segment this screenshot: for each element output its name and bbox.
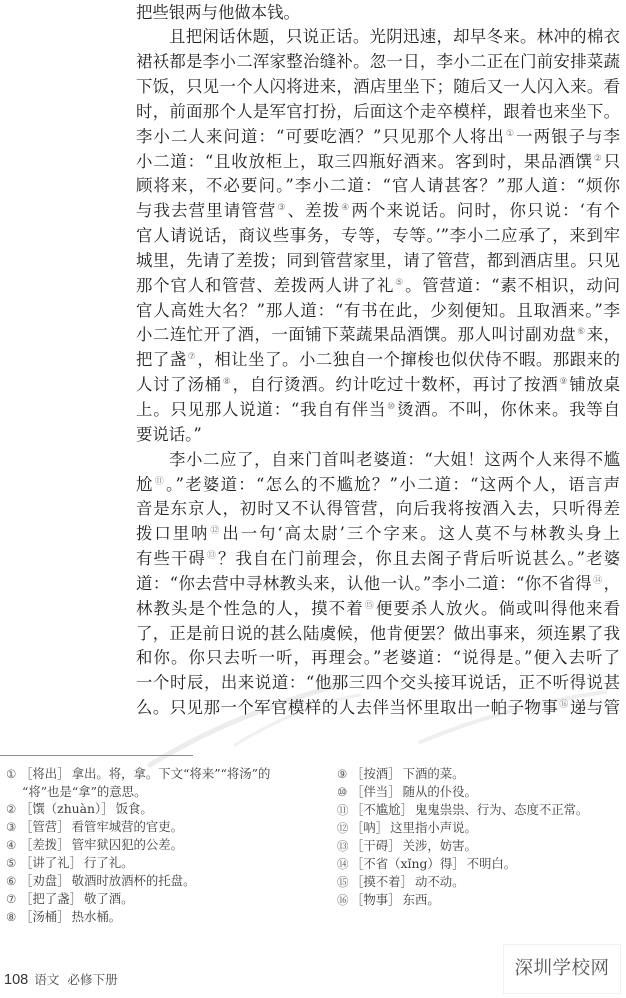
footnote-number: ⑨: [337, 766, 351, 783]
footnote-definition: 敬了酒。: [84, 891, 134, 906]
footnote-ref: ⑤: [395, 278, 404, 288]
footnote-number: ⑦: [6, 891, 20, 908]
footnote-number: ⑤: [6, 855, 20, 872]
footnote-term: ［呐］: [351, 820, 388, 835]
footnotes-left-column: ①［将出］拿出。将，拿。下文“将来”“将汤”的 “将”也是“拿”的意思。 ②［馔…: [6, 765, 326, 927]
text-line: 和你。你只去听一听，再理会。”老婆道：“说得是。”便入去听了: [136, 646, 620, 671]
footnote-term: ［按酒］: [351, 766, 401, 781]
site-watermark: 深圳学校网: [503, 944, 621, 994]
footnote-definition: 东西。: [403, 892, 440, 907]
footnote-number: ⑮: [337, 874, 351, 891]
footnote-number: ⑧: [6, 909, 20, 926]
footnote-ref: ②: [594, 154, 603, 164]
book-title: 语文 必修下册: [34, 972, 118, 987]
footnote-definition: 敬酒时放酒杯的托盘。: [72, 873, 196, 888]
footnote-definition: 管牢狱囚犯的公差。: [72, 837, 184, 852]
footnote-number: ⑥: [6, 873, 20, 890]
text-line: 官人请说话，商议些事务，专等，专等。’”李小二应承了，来到牢: [136, 224, 620, 249]
footnote-ref: ⑨: [559, 377, 568, 387]
text-line: 时，前面那个人是军官打扮，后面这个走卒模样，跟着也来坐下。: [136, 100, 620, 125]
footnote-term: ［馔（zhuàn）］: [20, 801, 114, 816]
footnote-term: ［伴当］: [351, 784, 401, 799]
footnote-term: ［不尴尬］: [351, 802, 413, 817]
footnote-term: ［管营］: [20, 819, 70, 834]
footnote-term: ［干碍］: [351, 838, 401, 853]
footnote-term: ［汤桶］: [20, 909, 70, 924]
text-line: 么。只见那一个军官模样的人去伴当怀里取出一帕子物事⑯递与管: [136, 696, 620, 721]
footnote-item: ⑨［按酒］下酒的菜。: [337, 765, 622, 783]
footnote-definition: 下酒的菜。: [403, 766, 465, 781]
footnote-item: ⑭［不省（xǐng）得］不明白。: [337, 855, 622, 873]
footnote-ref: ⑮: [365, 601, 375, 611]
footnote-item: ①［将出］拿出。将，拿。下文“将来”“将汤”的 “将”也是“拿”的意思。: [6, 765, 326, 800]
footnote-term: ［讲了礼］: [20, 855, 82, 870]
footnote-item: ⑪［不尴尬］鬼鬼祟祟、行为、态度不正常。: [337, 801, 622, 819]
text-line: 下饭，只见一个人闪将进来，酒店里坐下；随后又一人闪入来。看: [136, 75, 620, 100]
footnote-definition: 动不动。: [415, 874, 465, 889]
text-line: 人讨了汤桶⑧，自行烫酒。约计吃过十数杯，再讨了按酒⑨铺放桌: [136, 373, 620, 398]
footnote-ref: ④: [341, 203, 350, 213]
footnote-definition: 看管牢城营的官吏。: [72, 819, 184, 834]
main-body-text: 把些银两与他做本钱。 且把闲话休题，只说正话。光阴迅速，却早冬来。林冲的棉衣 裙…: [136, 1, 620, 721]
text-line: 有些干碍⑬？我自在门前理会，你且去阁子背后听说甚么。”老婆: [136, 547, 620, 572]
footnote-definition: 饭食。: [116, 801, 153, 816]
text-line-paragraph-end: 要说话。”: [136, 423, 620, 448]
footnote-ref: ③: [277, 203, 286, 213]
text-line: 顾将来，不必要问。”李小二道：“官人请甚客？”那人道：“烦你: [136, 174, 620, 199]
footnote-item: ⑧［汤桶］热水桶。: [6, 908, 326, 926]
footnote-number: ⑬: [337, 838, 351, 855]
text-line: 把了盏⑦，相让坐了。小二独自一个撺梭也似伏侍不暇。那跟来的: [136, 348, 620, 373]
footnote-item: ③［管营］看管牢城营的官吏。: [6, 818, 326, 836]
footnote-item: ⑦［把了盏］敬了酒。: [6, 890, 326, 908]
footnote-item: ⑩［伴当］随从的仆役。: [337, 783, 622, 801]
footnote-ref: ⑯: [559, 700, 569, 710]
footnote-term: ［劝盘］: [20, 873, 70, 888]
text-line: 小二连忙开了酒，一面铺下菜蔬果品酒馔。那人叫讨副劝盘⑥来，: [136, 323, 620, 348]
text-line-paragraph-start: 且把闲话休题，只说正话。光阴迅速，却早冬来。林冲的棉衣: [136, 25, 620, 50]
text-line: 拨口里呐⑫出一句‘高太尉’三个字来。这人莫不与林教头身上: [136, 522, 620, 547]
footnote-definition: 热水桶。: [72, 909, 122, 924]
text-line: 小二道：“且收放柜上，取三四瓶好酒来。客到时，果品酒馔②只: [136, 150, 620, 175]
footnote-ref: ⑫: [210, 526, 221, 536]
footnote-definition: 关涉，妨害。: [403, 838, 477, 853]
footnote-definition: 鬼鬼祟祟、行为、态度不正常。: [415, 802, 588, 817]
page-footer: 108语文 必修下册: [4, 970, 118, 988]
footnote-definition: 行了礼。: [84, 855, 134, 870]
text-line: 与我去营里请管营③、差拨④两个来说话。问时，你只说：‘有个: [136, 199, 620, 224]
footnote-ref: ⑥: [577, 327, 586, 337]
text-line-paragraph-start: 李小二应了，自来门首叫老婆道：“大姐！这两个人来得不尴: [136, 448, 620, 473]
page-number: 108: [4, 972, 28, 988]
footnote-number: ①: [6, 766, 20, 783]
footnote-ref: ①: [506, 129, 515, 139]
footnote-term: ［将出］: [20, 766, 70, 781]
footnote-number: ⑯: [337, 892, 351, 909]
footnote-divider: [0, 755, 193, 756]
footnote-term: ［把了盏］: [20, 891, 82, 906]
text-line: 一个时辰，出来说道：“他那三四个交头接耳说话，正不听得说甚: [136, 671, 620, 696]
text-line: 了，正是前日说的甚么陆虞候，他肯便罢？做出事来，须连累了我: [136, 622, 620, 647]
footnote-term: ［物事］: [351, 892, 401, 907]
footnote-item: ⑤［讲了礼］行了礼。: [6, 854, 326, 872]
footnote-number: ⑭: [337, 856, 351, 873]
footnotes-right-column: ⑨［按酒］下酒的菜。 ⑩［伴当］随从的仆役。 ⑪［不尴尬］鬼鬼祟祟、行为、态度不…: [337, 765, 622, 910]
footnote-number: ⑪: [337, 802, 351, 819]
footnote-ref: ⑬: [207, 551, 217, 561]
footnote-number: ⑫: [337, 820, 351, 837]
footnote-number: ②: [6, 801, 20, 818]
text-line: 裙袄都是李小二浑家整治缝补。忽一日，李小二正在门前安排菜蔬: [136, 50, 620, 75]
footnote-item: ⑮［摸不着］动不动。: [337, 873, 622, 891]
footnote-term: ［摸不着］: [351, 874, 413, 889]
footnote-term: ［不省（xǐng）得］: [351, 856, 465, 871]
site-watermark-text: 深圳学校网: [514, 958, 609, 979]
text-line: 李小二人来问道：“可要吃酒？”只见那个人将出①一两银子与李: [136, 125, 620, 150]
text-line: 上。只见那人说道：“我自有伴当⑩烫酒。不叫，你休来。我等自: [136, 398, 620, 423]
footnote-item: ⑬［干碍］关涉，妨害。: [337, 837, 622, 855]
footnote-ref: ⑪: [155, 477, 165, 487]
footnote-ref: ⑦: [188, 352, 197, 362]
footnote-item: ⑫［呐］这里指小声说。: [337, 819, 622, 837]
footnote-ref: ⑧: [223, 377, 232, 387]
text-line: 那个官人和管营、差拨两人讲了礼⑤。管营道：“素不相识，动问: [136, 274, 620, 299]
text-line: 官人高姓大名？”那人道：“有书在此，少刻便知。且取酒来。”李: [136, 299, 620, 324]
footnote-number: ③: [6, 819, 20, 836]
footnote-item: ②［馔（zhuàn）］饭食。: [6, 800, 326, 818]
text-line: 道：“你去营中寻林教头来，认他一认。”李小二道：“你不省得⑭，: [136, 572, 620, 597]
footnote-number: ④: [6, 837, 20, 854]
text-line: 城里，先请了差拨；同到管营家里，请了管营，都到酒店里。只见: [136, 249, 620, 274]
footnote-definition: 这里指小声说。: [390, 820, 477, 835]
text-line: 音是东京人，初时又不认得管营，向后我将按酒入去，只听得差: [136, 497, 620, 522]
text-line: 把些银两与他做本钱。: [136, 1, 620, 26]
footnote-definition: 不明白。: [467, 856, 517, 871]
footnote-ref: ⑩: [387, 402, 396, 412]
text-line: 林教头是个性急的人，摸不着⑮便要杀人放火。倘或叫得他来看: [136, 597, 620, 622]
footnote-ref: ⑭: [593, 576, 602, 586]
footnote-item: ④［差拨］管牢狱囚犯的公差。: [6, 836, 326, 854]
footnote-definition: 随从的仆役。: [403, 784, 477, 799]
text-line: 尬⑪。”老婆道：“怎么的不尴尬？”小二道：“这两个人，语言声: [136, 473, 620, 498]
footnote-number: ⑩: [337, 784, 351, 801]
footnote-term: ［差拨］: [20, 837, 70, 852]
footnote-item: ⑯［物事］东西。: [337, 891, 622, 909]
footnote-item: ⑥［劝盘］敬酒时放酒杯的托盘。: [6, 872, 326, 890]
